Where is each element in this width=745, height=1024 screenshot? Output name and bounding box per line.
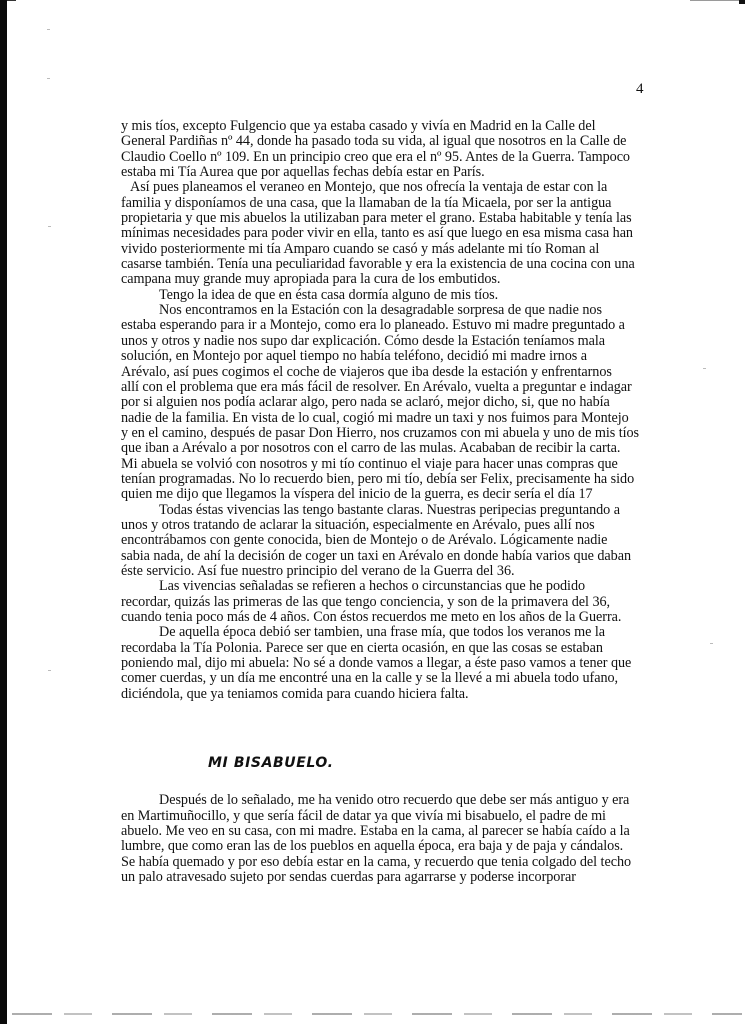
text-line: nadie de la familia. En vista de lo cual…: [121, 411, 641, 426]
text-line: Después de lo señalado, me ha venido otr…: [121, 793, 641, 808]
text-line: cuando tenia poco más de 4 años. Con ést…: [121, 610, 641, 625]
body-text-section-2: Después de lo señalado, me ha venido otr…: [121, 779, 641, 899]
text-line: y en el camino, después de pasar Don Hie…: [121, 426, 641, 441]
text-line: y mis tíos, excepto Fulgencio que ya est…: [121, 119, 641, 134]
scan-artifact-bottom: [12, 1013, 742, 1015]
scan-artifact: [7, 0, 16, 1]
text-line: por si alguien nos podía aclarar algo, p…: [121, 395, 641, 410]
text-line: poniendo mal, dijo mi abuela: No sé a do…: [121, 656, 641, 671]
text-line: campana muy grande muy apropiada para la…: [121, 272, 641, 287]
text-line: abuelo. Me veo en su casa, con mi madre.…: [121, 824, 641, 839]
text-line: Se había quemado y por eso debía estar e…: [121, 855, 641, 870]
text-line: Las vivencias señaladas se refieren a he…: [121, 579, 641, 594]
scan-artifact: [690, 0, 740, 1]
text-line: Todas éstas vivencias las tengo bastante…: [121, 503, 641, 518]
text-line: comer cuerdas, y un día me encontré una …: [121, 671, 641, 686]
paragraph: Tengo la idea de que en ésta casa dormía…: [121, 288, 641, 303]
text-line: un palo atravesado sujeto por sendas cue…: [121, 870, 641, 885]
text-line: en Martimuñocillo, y que sería fácil de …: [121, 809, 641, 824]
paragraph: Todas éstas vivencias las tengo bastante…: [121, 503, 641, 580]
text-line: mínimas necesidades para poder vivir en …: [121, 226, 641, 241]
text-line: que iban a Arévalo a por nosotros con el…: [121, 441, 641, 456]
text-line: diciéndola, que ya teniamos comida para …: [121, 687, 641, 702]
text-line: De aquella época debió ser tambien, una …: [121, 625, 641, 640]
scan-speck: [703, 368, 706, 369]
text-line: casarse también. Tenía una peculiaridad …: [121, 257, 641, 272]
scan-speck: [48, 226, 51, 227]
text-line: vivido posteriormente mi tía Amparo cuan…: [121, 242, 641, 257]
paragraph: Así pues planeamos el veraneo en Montejo…: [121, 180, 641, 287]
scan-speck: [47, 78, 50, 79]
text-line: Nos encontramos en la Estación con la de…: [121, 303, 641, 318]
paragraph: Nos encontramos en la Estación con la de…: [121, 303, 641, 502]
text-line: allí con el problema que era más fácil d…: [121, 380, 641, 395]
text-line: Así pues planeamos el veraneo en Montejo…: [121, 180, 641, 195]
text-line: Claudio Coello nº 109. En un principio c…: [121, 150, 641, 165]
text-line: propietaria y que mis abuelos la utiliza…: [121, 211, 641, 226]
text-line: familia y disponíamos de una casa, que l…: [121, 196, 641, 211]
paragraph: y mis tíos, excepto Fulgencio que ya est…: [121, 119, 641, 180]
page-number: 4: [636, 80, 644, 98]
scan-border-left: [0, 0, 7, 1024]
scan-speck: [710, 643, 713, 644]
text-line: tenían programadas. No lo recuerdo bien,…: [121, 472, 641, 487]
text-line: encontrábamos con gente conocida, bien d…: [121, 533, 641, 548]
text-line: recordaba la Tía Polonia. Parece ser que…: [121, 641, 641, 656]
text-line: sabia nada, de ahí la decisión de coger …: [121, 549, 641, 564]
scan-speck: [47, 29, 50, 30]
text-line: unos y otros tratando de aclarar la situ…: [121, 518, 641, 533]
paragraph: Después de lo señalado, me ha venido otr…: [121, 793, 641, 885]
text-line: solución, en Montejo por aquel tiempo no…: [121, 349, 641, 364]
paragraph: Las vivencias señaladas se refieren a he…: [121, 579, 641, 625]
text-line: éste servicio. Así fue nuestro principio…: [121, 564, 641, 579]
section-heading: MI BISABUELO.: [208, 755, 334, 771]
text-line: recordar, quizás las primeras de las que…: [121, 595, 641, 610]
text-line: General Pardiñas nº 44, donde ha pasado …: [121, 134, 641, 149]
text-line: Tengo la idea de que en ésta casa dormía…: [121, 288, 641, 303]
text-line: lumbre, que como eran las de los pueblos…: [121, 839, 641, 854]
scan-speck: [48, 670, 51, 671]
text-line: Mi abuela se volvió con nosotros y mi tí…: [121, 457, 641, 472]
text-line: unos y otros y nadie nos supo dar explic…: [121, 334, 641, 349]
body-text-section-1: y mis tíos, excepto Fulgencio que ya est…: [121, 119, 641, 702]
text-line: estaba esperando para ir a Montejo, como…: [121, 318, 641, 333]
text-line: estaba mi Tía Aurea que por aquellas fec…: [121, 165, 641, 180]
paragraph: De aquella época debió ser tambien, una …: [121, 625, 641, 702]
scan-artifact: [739, 0, 745, 4]
text-line: Arévalo, así pues cogimos el coche de vi…: [121, 365, 641, 380]
text-line: quien me dijo que llegamos la víspera de…: [121, 487, 641, 502]
